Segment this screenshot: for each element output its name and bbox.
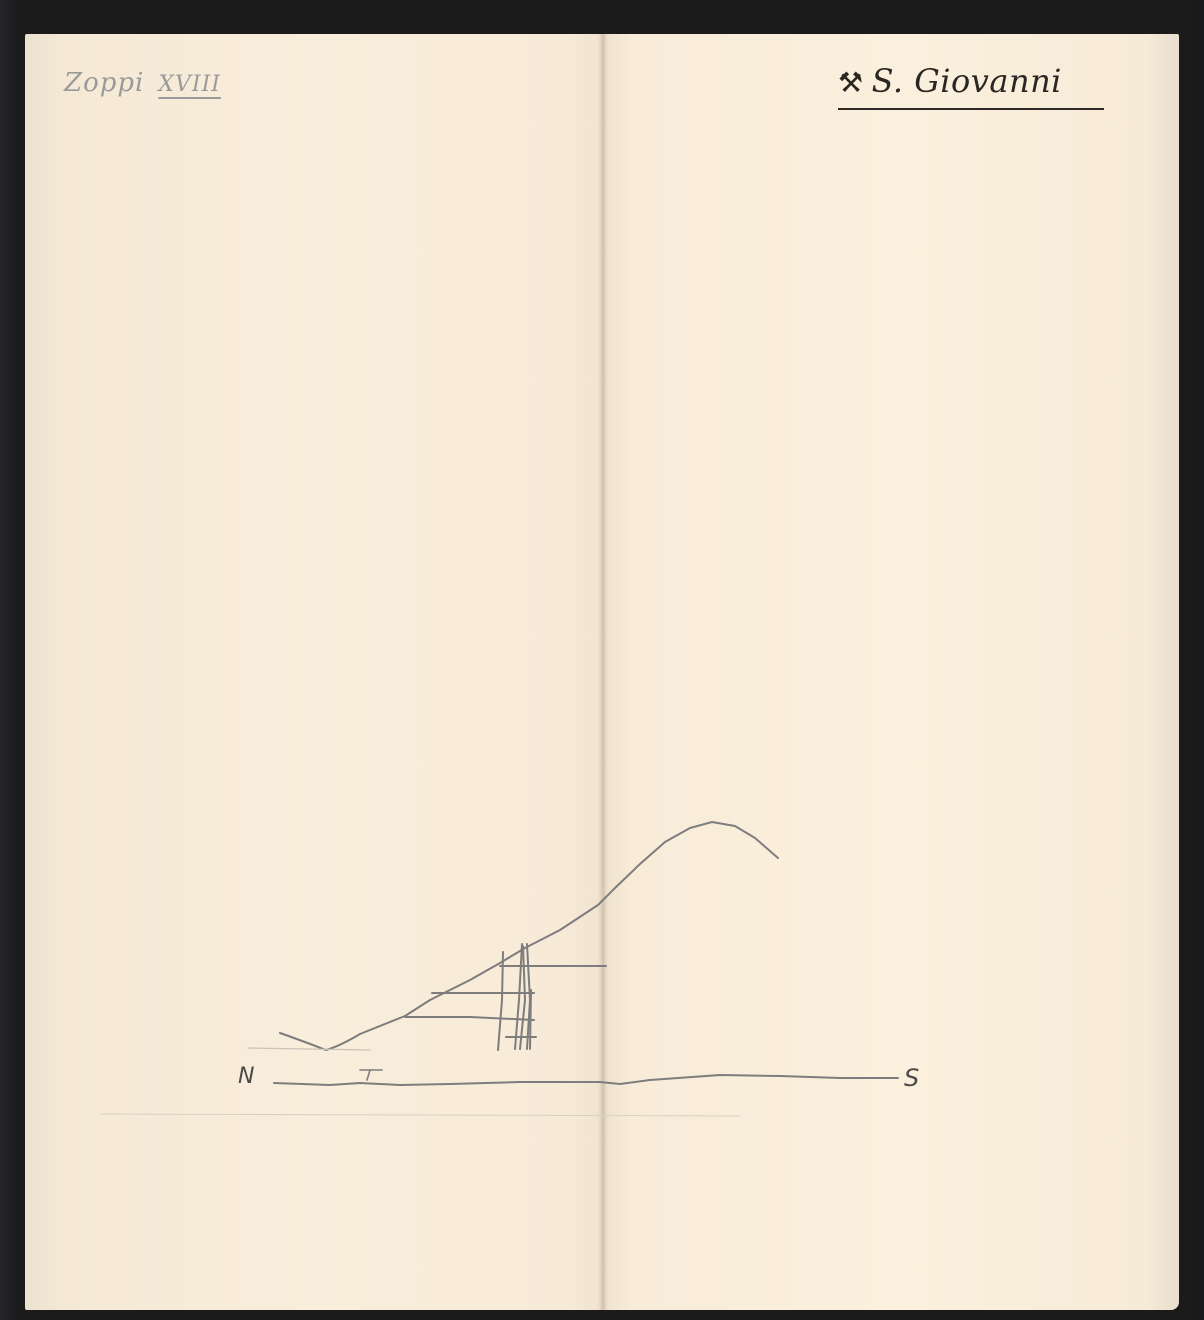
cross-section-diagram	[0, 0, 1204, 1320]
stratum-line-3	[405, 1017, 534, 1020]
shaft-3	[530, 990, 531, 1049]
baseline-tick	[360, 1070, 382, 1080]
north-label: N	[238, 1064, 254, 1089]
south-label: S	[904, 1064, 919, 1092]
